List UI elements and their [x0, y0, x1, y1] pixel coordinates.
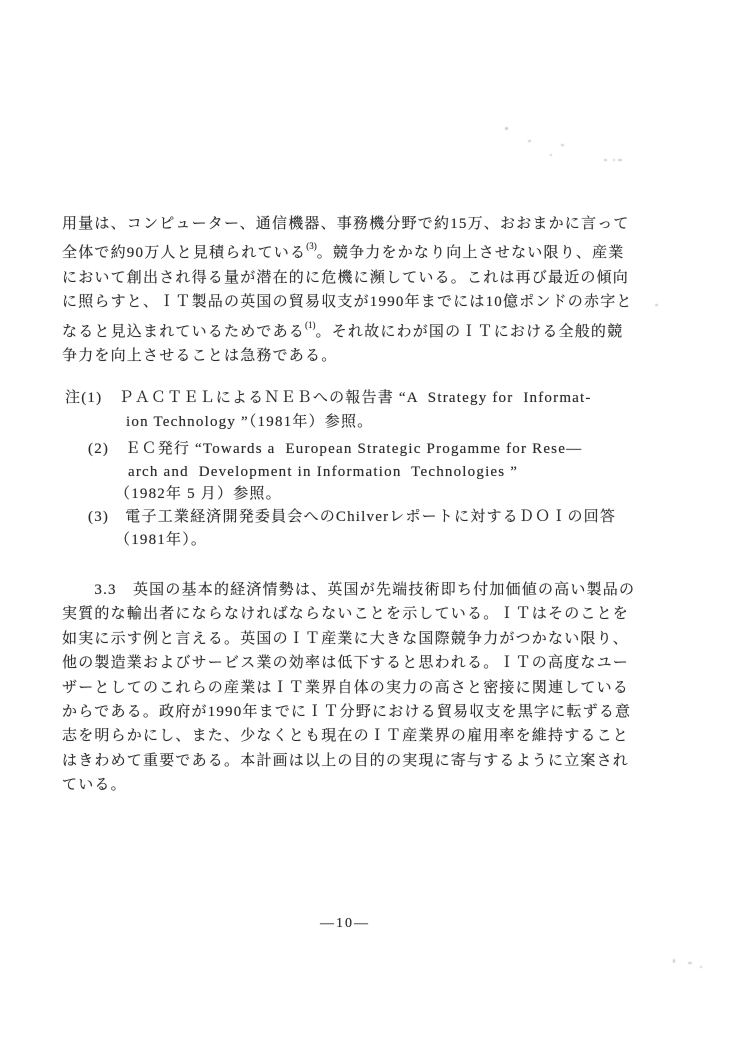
scan-speck	[618, 159, 622, 161]
text-line: ている。	[62, 773, 635, 797]
footnote-3-line-1: (3) 電子工業経済開発委員会へのChilverレポートに対するＤＯＩの回答	[88, 505, 616, 529]
paragraph-continuation: 用量は、コンピューター、通信機器、事務機分野で約15万、おおまかに言って 全体で…	[62, 212, 633, 368]
text-line: ザーとしてのこれらの産業はＩＴ業界自体の実力の高さと密接に関連している	[62, 676, 635, 700]
footnote-2-line-3: （1982年 5 月）参照。	[115, 482, 282, 506]
scanned-document-page: 用量は、コンピューター、通信機器、事務機分野で約15万、おおまかに言って 全体で…	[0, 0, 750, 1054]
footnote-1-line-2: ion Technology ”（1981年）参照。	[126, 410, 373, 434]
footnote-ref-1: (1)	[305, 320, 316, 330]
section-3-3-paragraph: 3.3 英国の基本的経済情勢は、英国が先端技術即ち付加価値の高い製品の 実質的な…	[62, 578, 635, 798]
text-line-with-footnote-ref: なると見込まれているためである(1)。それ故にわが国のＩＴにおける全般的競	[62, 315, 633, 344]
text-line: はきわめて重要である。本計画は以上の目的の実現に寄与するように立案され	[62, 749, 635, 773]
scan-speck	[604, 159, 607, 161]
text-line: 他の製造業およびサービス業の効率は低下すると思われる。ＩＴの高度なユー	[62, 651, 635, 675]
footnote-2-line-2: arch and Development in Information Tech…	[128, 460, 518, 484]
scan-speck	[655, 304, 658, 306]
footnote-3-line-2: （1981年）。	[115, 528, 207, 552]
footnote-ref-3: (3)	[306, 241, 317, 251]
footnote-1-line-1: 注(1) ＰＡＣＴＥＬによるＮＥＢへの報告書 “A Strategy for I…	[65, 386, 592, 410]
text-line: 争力を向上させることは急務である。	[62, 344, 633, 368]
text-line: において創出され得る量が潜在的に危機に瀕している。これは再び最近の傾向	[62, 266, 633, 290]
scan-speck	[550, 154, 552, 156]
text-line: 実質的な輸出者にならなければならないことを示している。ＩＴはそのことを	[62, 602, 635, 626]
section-heading-line: 3.3 英国の基本的経済情勢は、英国が先端技術即ち付加価値の高い製品の	[62, 578, 635, 602]
text-line: に照らすと、ＩＴ製品の英国の貿易収支が1990年までには10億ポンドの赤字と	[62, 290, 633, 314]
scan-speck	[561, 144, 564, 146]
text-line: 志を明らかにし、また、少なくとも現在のＩＴ産業界の雇用率を維持すること	[62, 724, 635, 748]
text-segment: なると見込まれているためである	[62, 324, 305, 340]
scan-speck	[700, 966, 702, 968]
text-line: 如実に示す例と言える。英国のＩＴ産業に大きな国際競争力がつかない限り、	[62, 627, 635, 651]
text-line-with-footnote-ref: 全体で約90万人と見積られている(3)。競争力をかなり向上させない限り、産業	[62, 236, 633, 265]
scan-speck	[613, 159, 615, 161]
text-segment: 全体で約90万人と見積られている	[62, 245, 306, 261]
text-segment: 。それ故にわが国のＩＴにおける全般的競	[316, 324, 624, 340]
footnote-2-line-1: (2) ＥＣ発行 “Towards a European Strategic P…	[88, 437, 582, 461]
page-number: ―10―	[300, 916, 390, 932]
text-segment: 。競争力をかなり向上させない限り、産業	[317, 245, 625, 261]
text-line: からである。政府が1990年までにＩＴ分野における貿易収支を黒字に転ずる意	[62, 700, 635, 724]
scan-speck	[673, 959, 675, 963]
scan-speck	[505, 127, 508, 130]
scan-speck	[688, 962, 692, 964]
text-line: 用量は、コンピューター、通信機器、事務機分野で約15万、おおまかに言って	[62, 212, 633, 236]
scan-speck	[528, 140, 531, 142]
